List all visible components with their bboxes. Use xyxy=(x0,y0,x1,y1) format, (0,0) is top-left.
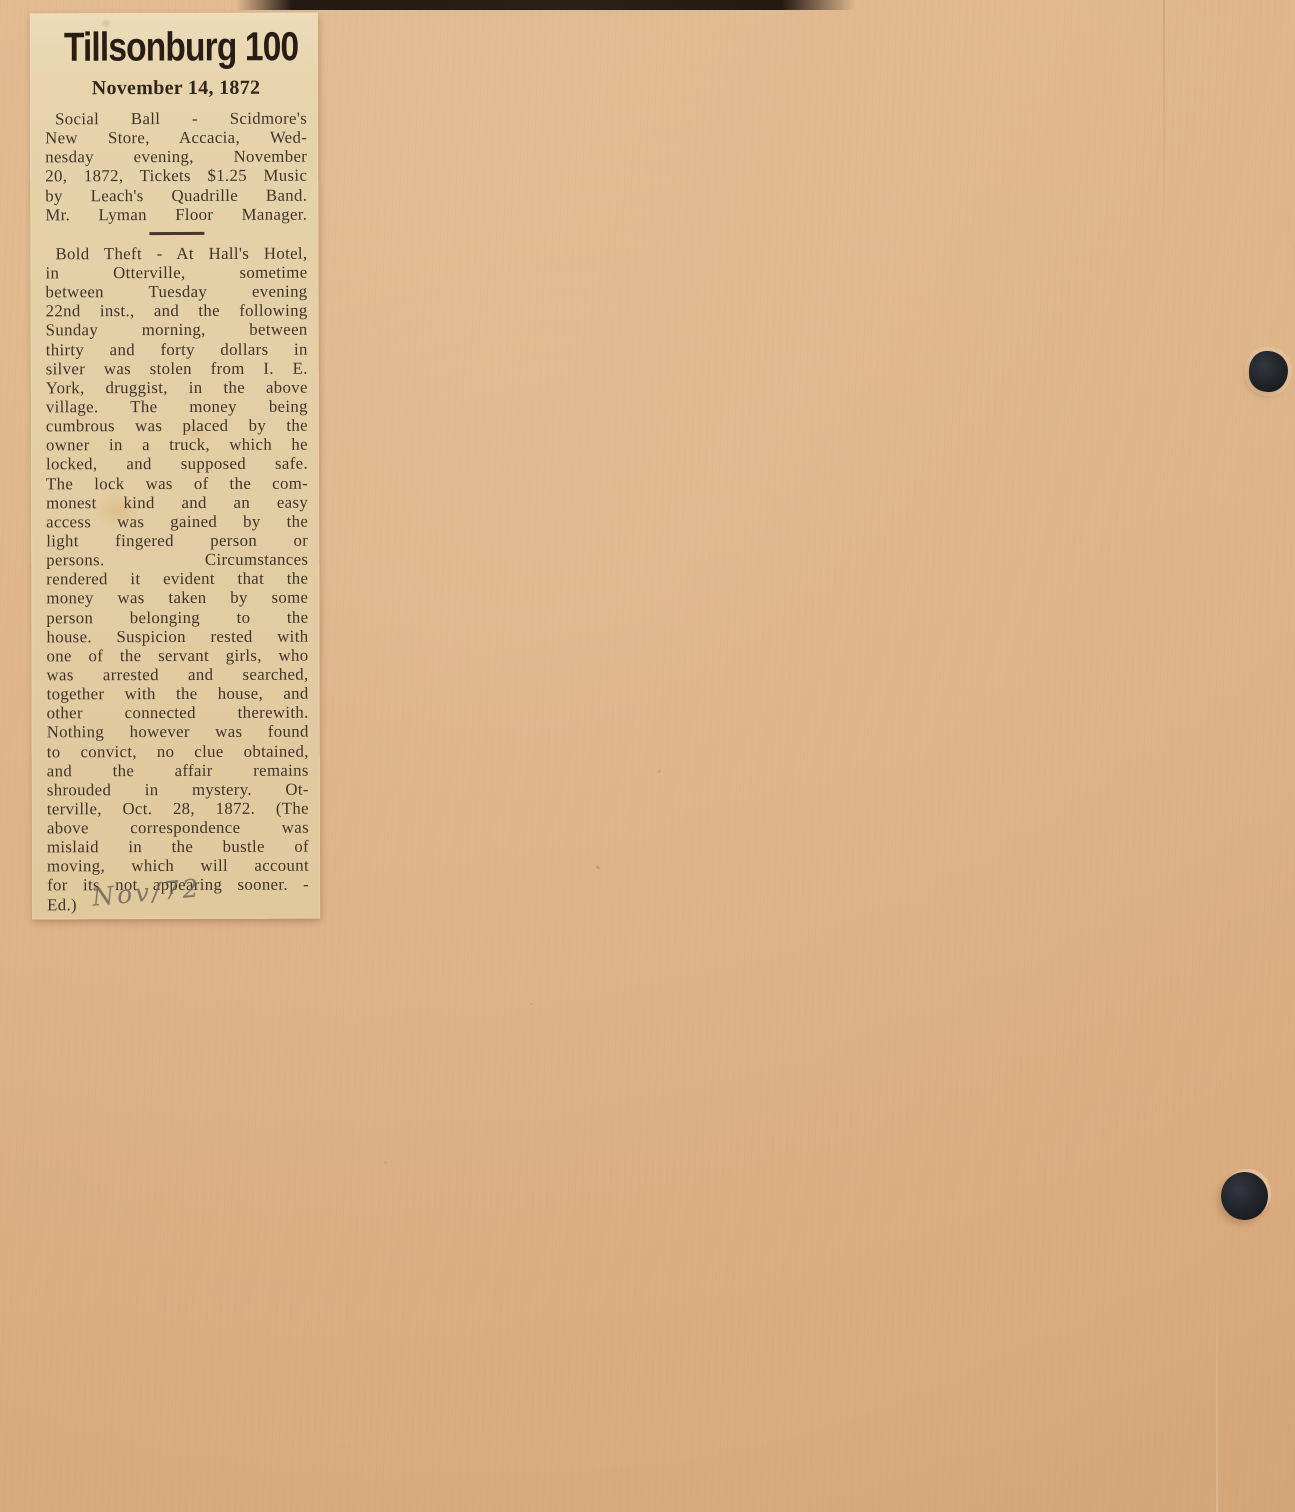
paper-edge-line xyxy=(1216,1235,1218,1512)
article-line: cumbrous was placed by the xyxy=(46,416,308,436)
article-line: 22nd inst., and the following xyxy=(46,301,308,321)
article-line: one of the servant girls, who xyxy=(46,645,308,665)
article-line: owner in a truck, which he xyxy=(46,435,308,455)
article-line: by Leach's Quadrille Band. xyxy=(45,185,307,205)
punch-hole-bottom xyxy=(1221,1172,1268,1220)
article-line: thirty and forty dollars in xyxy=(46,339,308,359)
article-line: moving, which will account xyxy=(47,856,309,876)
article-line: Bold Theft - At Hall's Hotel, xyxy=(45,243,307,263)
article-line: in Otterville, sometime xyxy=(45,263,307,283)
article-line: Sunday morning, between xyxy=(46,320,308,340)
article-line: persons. Circumstances xyxy=(46,550,308,570)
article-line: Social Ball - Scidmore's xyxy=(45,109,307,129)
article-line: other connected therewith. xyxy=(47,703,309,723)
paper-crease xyxy=(1163,0,1165,250)
clipping-title: Tillsonburg 100 xyxy=(64,25,273,71)
article-line: locked, and supposed safe. xyxy=(46,454,308,474)
article-line: above correspondence was xyxy=(47,818,309,838)
article-line: together with the house, and xyxy=(47,684,309,704)
article-line: York, druggist, in the above xyxy=(46,377,308,397)
article-divider-rule xyxy=(149,232,204,235)
article-line: light fingered person or xyxy=(46,531,308,551)
article-line: Nothing however was found xyxy=(47,722,309,742)
newspaper-clipping: Tillsonburg 100 November 14, 1872 Social… xyxy=(30,13,320,920)
scrapbook-page: Tillsonburg 100 November 14, 1872 Social… xyxy=(0,0,1295,1512)
article-line: house. Suspicion rested with xyxy=(46,626,308,646)
article-line: terville, Oct. 28, 1872. (The xyxy=(47,799,309,819)
article-line: to convict, no clue obtained, xyxy=(47,741,309,761)
paper-speck xyxy=(658,770,661,773)
article-line: silver was stolen from I. E. xyxy=(46,358,308,378)
paper-speck xyxy=(530,1003,533,1005)
article-bold-theft: Bold Theft - At Hall's Hotel,in Ottervil… xyxy=(45,243,309,914)
article-line: 20, 1872, Tickets $1.25 Music xyxy=(45,166,307,186)
binding-edge-shadow xyxy=(236,0,856,10)
article-line: Mr. Lyman Floor Manager. xyxy=(45,204,307,224)
article-line: monest kind and an easy xyxy=(46,492,308,512)
article-line: money was taken by some xyxy=(46,588,308,608)
article-line: between Tuesday evening xyxy=(46,282,308,302)
article-line: person belonging to the xyxy=(46,607,308,627)
article-line: mislaid in the bustle of xyxy=(47,837,309,857)
article-line: nesday evening, November xyxy=(45,147,307,167)
punch-hole-top xyxy=(1249,351,1288,392)
article-line: and the affair remains xyxy=(47,760,309,780)
article-line: The lock was of the com- xyxy=(46,473,308,493)
clipping-date: November 14, 1872 xyxy=(45,77,307,101)
article-line: access was gained by the xyxy=(46,511,308,531)
article-line: was arrested and searched, xyxy=(47,665,309,685)
paper-speck xyxy=(384,1161,387,1164)
article-line: shrouded in mystery. Ot- xyxy=(47,779,309,799)
article-social-ball: Social Ball - Scidmore'sNew Store, Accac… xyxy=(45,109,307,225)
article-line: New Store, Accacia, Wed- xyxy=(45,128,307,148)
article-line: village. The money being xyxy=(46,397,308,417)
article-line: rendered it evident that the xyxy=(46,569,308,589)
paper-speck xyxy=(596,865,601,870)
